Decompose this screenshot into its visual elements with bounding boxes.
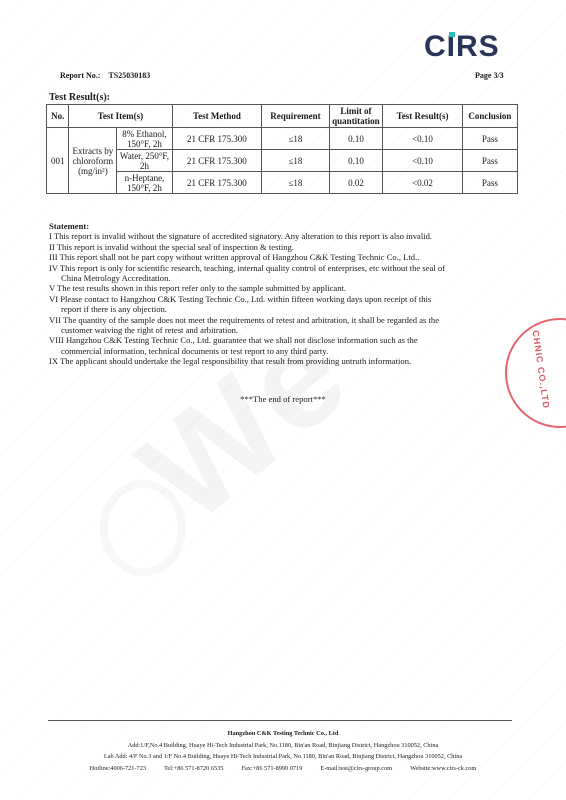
footer-address: Add:1/F,No.4 Building, Huaye Hi-Tech Ind… (0, 740, 566, 752)
table-row: 001 Extracts by chloroform (mg/in²) 8% E… (47, 128, 518, 150)
cell-no: 001 (47, 128, 69, 194)
footer-fax: Fax:+86 571-8990 0719 (241, 765, 302, 772)
footer-tel: Tel:+86 571-8720 6535 (164, 765, 223, 772)
statement-item: III This report shall not be part copy w… (49, 252, 519, 262)
footer-hotline: Hotline:4006-721-723 (90, 765, 146, 772)
header-loq: Limit of quantitation (329, 105, 383, 128)
header-test-method: Test Method (172, 105, 262, 128)
statement-item: VII The quantity of the sample does not … (49, 315, 519, 336)
cell-requirement: ≤18 (262, 128, 329, 150)
test-results-table: No. Test Item(s) Test Method Requirement… (46, 104, 518, 194)
report-number-label: Report No.: (60, 71, 100, 80)
cell-result: <0.10 (383, 150, 463, 172)
footer-company: Hangzhou C&K Testing Technic Co., Ltd (0, 728, 566, 740)
logo-accent-dot (449, 32, 455, 37)
footer-website[interactable]: Website:www.cirs-ck.com (410, 765, 476, 772)
statement-item: V The test results shown in this report … (49, 283, 519, 293)
test-results-title: Test Result(s): (49, 92, 110, 103)
cell-result: <0.02 (383, 172, 463, 194)
header-conclusion: Conclusion (462, 105, 517, 128)
cell-loq: 0.10 (329, 150, 383, 172)
report-number: Report No.:TS25030183 (60, 71, 150, 80)
header-test-results: Test Result(s) (383, 105, 463, 128)
cell-requirement: ≤18 (262, 172, 329, 194)
cell-result: <0.10 (383, 128, 463, 150)
statement-title: Statement: (49, 221, 519, 231)
cirs-logo: CIRS (424, 30, 500, 64)
statement-item: VIII Hangzhou C&K Testing Technic Co., L… (49, 335, 519, 356)
footer-contacts: Hotline:4006-721-723Tel:+86 571-8720 653… (0, 763, 566, 775)
page-number: Page 3/3 (475, 71, 504, 80)
statement-item: IV This report is only for scientific re… (49, 263, 519, 284)
header-requirement: Requirement (262, 105, 329, 128)
cell-conclusion: Pass (462, 128, 517, 150)
statement-item: IX The applicant should undertake the le… (49, 356, 519, 366)
statement-item: II This report is invalid without the sp… (49, 242, 519, 252)
cell-method: 21 CFR 175.300 (172, 150, 262, 172)
cell-condition: n-Heptane, 150°F, 2h (117, 172, 172, 194)
end-of-report: ***The end of report*** (0, 394, 566, 404)
watermark-logo-shape (100, 480, 186, 576)
cell-condition: Water, 250°F, 2h (117, 150, 172, 172)
report-number-value: TS25030183 (108, 71, 150, 80)
cell-loq: 0.02 (329, 172, 383, 194)
header-test-items: Test Item(s) (69, 105, 172, 128)
cell-conclusion: Pass (462, 150, 517, 172)
table-header-row: No. Test Item(s) Test Method Requirement… (47, 105, 518, 128)
cell-method: 21 CFR 175.300 (172, 128, 262, 150)
cell-condition: 8% Ethanol, 150°F, 2h (117, 128, 172, 150)
statement-item: VI Please contact to Hangzhou C&K Testin… (49, 294, 519, 315)
footer: Hangzhou C&K Testing Technic Co., Ltd Ad… (0, 728, 566, 774)
footer-lab-address: Lab Add: 4/F No.3 and 1/F No.4 Building,… (0, 751, 566, 763)
cell-requirement: ≤18 (262, 150, 329, 172)
header-no: No. (47, 105, 69, 128)
footer-divider (48, 720, 512, 721)
statement-section: Statement: I This report is invalid with… (49, 221, 519, 367)
table-row: n-Heptane, 150°F, 2h 21 CFR 175.300 ≤18 … (47, 172, 518, 194)
cell-loq: 0.10 (329, 128, 383, 150)
cell-conclusion: Pass (462, 172, 517, 194)
footer-email[interactable]: E-mail:test@cirs-group.com (320, 765, 392, 772)
cell-method: 21 CFR 175.300 (172, 172, 262, 194)
cell-test-item: Extracts by chloroform (mg/in²) (69, 128, 117, 194)
statement-item: I This report is invalid without the sig… (49, 231, 519, 241)
table-row: Water, 250°F, 2h 21 CFR 175.300 ≤18 0.10… (47, 150, 518, 172)
